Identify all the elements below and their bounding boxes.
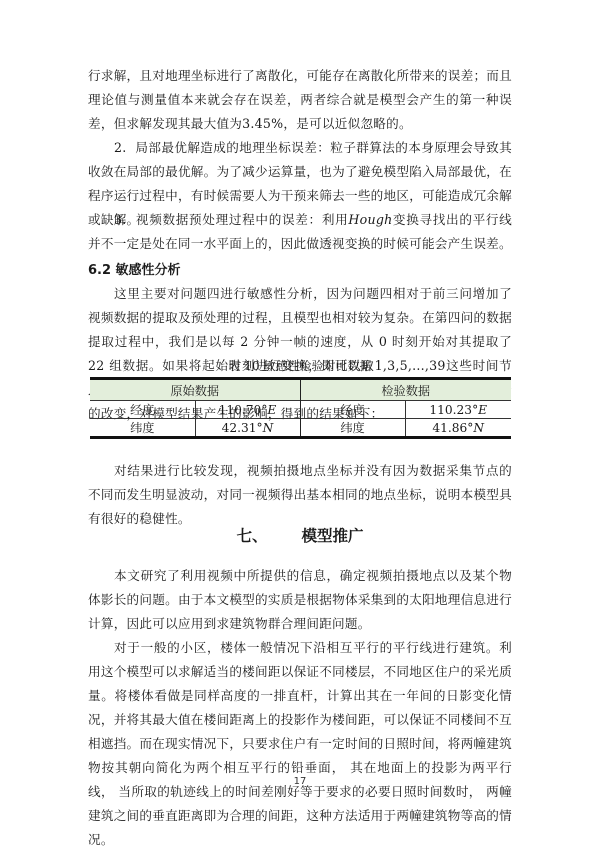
table-header-row: 原始数据 检验数据 [90, 379, 511, 401]
paragraph-error-1-continued: 行求解，且对地理坐标进行了离散化，可能存在离散化所带来的误差；而且理论值与测量值… [88, 64, 512, 136]
document-page: 行求解，且对地理坐标进行了离散化，可能存在离散化所带来的误差；而且理论值与测量值… [0, 0, 600, 848]
table-row: 经度 110.70°E 经度 110.23°E [90, 401, 511, 419]
error-item-number: 2. [114, 140, 127, 155]
cell-value: 110.70°E [195, 401, 300, 419]
cell-label: 纬度 [90, 419, 195, 438]
chapter-heading-7: 七、模型推广 [0, 524, 600, 546]
header-original-data: 原始数据 [90, 379, 300, 401]
table-row: 纬度 42.31°N 纬度 41.86°N [90, 419, 511, 438]
table-caption: 表 10 敏感性检验对比数据 [0, 357, 600, 374]
hough-term: Hough [348, 212, 392, 227]
cell-value: 41.86°N [405, 419, 511, 438]
section-heading-6-2: 6.2 敏感性分析 [88, 259, 181, 278]
error-item-text: 视频数据预处理过程中的误差：利用 [136, 212, 348, 227]
cell-value: 110.23°E [405, 401, 511, 419]
error-item-3: 3. 视频数据预处理过程中的误差：利用Hough变换寻找出的平行线并不一定是处在… [88, 208, 512, 256]
generalization-paragraph-2: 对于一般的小区，楼体一般情况下沿相互平行的平行线进行建筑。利用这个模型可以求解适… [88, 636, 512, 848]
chapter-title: 模型推广 [302, 527, 364, 545]
error-item-number: 3. [114, 212, 127, 227]
sensitivity-table: 原始数据 检验数据 经度 110.70°E 经度 110.23°E 纬度 42.… [90, 377, 511, 439]
cell-label: 纬度 [300, 419, 405, 438]
conclusion-paragraph: 对结果进行比较发现，视频拍摄地点坐标并没有因为数据采集节点的不同而发生明显波动，… [88, 459, 512, 531]
page-number: 17 [0, 776, 600, 787]
chapter-number: 七、 [236, 524, 267, 546]
cell-label: 经度 [90, 401, 195, 419]
cell-value: 42.31°N [195, 419, 300, 438]
header-test-data: 检验数据 [300, 379, 511, 401]
generalization-paragraph-1: 本文研究了利用视频中所提供的信息，确定视频拍摄地点以及某个物体影长的问题。由于本… [88, 564, 512, 636]
cell-label: 经度 [300, 401, 405, 419]
